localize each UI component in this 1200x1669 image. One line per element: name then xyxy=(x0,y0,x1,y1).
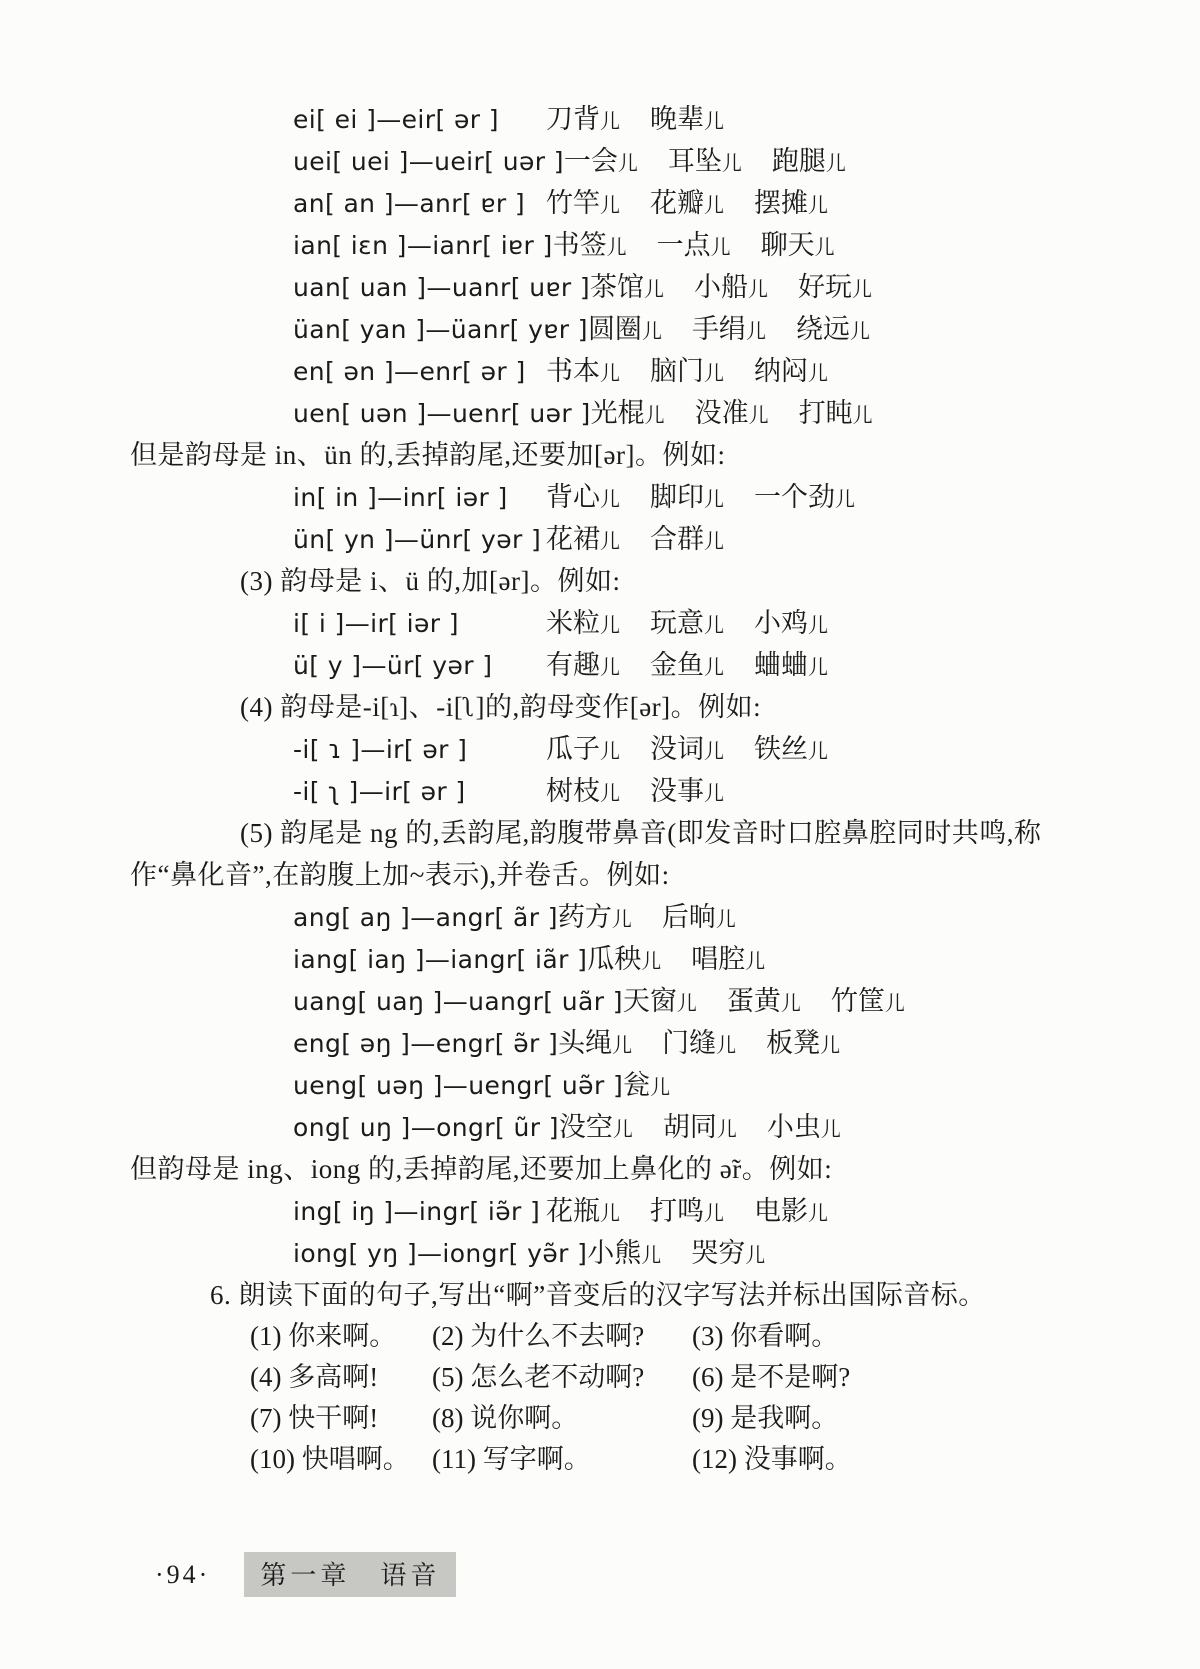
er-suffix: 儿 xyxy=(645,405,665,427)
erhua-rule-row: uan[ uan ]—uanr[ uɐr ] 茶馆儿 小船儿 好玩儿 xyxy=(293,266,1074,308)
exercise-6-heading: 6. 朗读下面的句子,写出“啊”音变后的汉字写法并标出国际音标。 xyxy=(130,1274,1074,1316)
er-suffix: 儿 xyxy=(711,237,731,259)
example-words: 瓮儿 xyxy=(623,1064,670,1109)
pinyin-ipa-formula: eng[ əŋ ]—engr[ ə̃r ] xyxy=(293,1023,558,1065)
erhua-rule-row: ang[ aŋ ]—angr[ ãr ] 药方儿 后晌儿 xyxy=(293,896,1074,938)
exercise-6-items: (1) 你来啊。 (2) 为什么不去啊? (3) 你看啊。 (4) 多高啊! (… xyxy=(250,1316,1074,1480)
pinyin-ipa-formula: uen[ uən ]—uenr[ uər ] xyxy=(293,393,591,435)
example-word: 瓮儿 xyxy=(623,1064,670,1109)
erhua-rule-row: ong[ uŋ ]—ongr[ ũr ] 没空儿 胡同儿 小虫儿 xyxy=(293,1106,1074,1148)
er-suffix: 儿 xyxy=(835,489,855,511)
example-word: 没准儿 xyxy=(695,392,769,437)
example-word: 蛋黄儿 xyxy=(727,980,801,1025)
er-suffix: 儿 xyxy=(885,993,905,1015)
pinyin-ipa-formula: iong[ yŋ ]—iongr[ yə̃r ] xyxy=(293,1233,587,1275)
example-word: 蛐蛐儿 xyxy=(754,644,828,689)
pinyin-ipa-formula: -i[ ʅ ]—ir[ ər ] xyxy=(293,771,546,813)
example-word: 唱腔儿 xyxy=(691,938,765,983)
example-word: 花瓣儿 xyxy=(650,182,724,227)
exercise-item: (11) 写字啊。 xyxy=(432,1439,692,1480)
er-suffix: 儿 xyxy=(618,153,638,175)
example-word: 脚印儿 xyxy=(650,476,724,521)
er-suffix: 儿 xyxy=(641,1245,661,1267)
er-suffix: 儿 xyxy=(612,909,632,931)
pinyin-ipa-formula: uei[ uei ]—ueir[ uər ] xyxy=(293,141,564,183)
pinyin-ipa-formula: ueng[ uəŋ ]—uengr[ uə̃r ] xyxy=(293,1065,623,1107)
example-word: 书签儿 xyxy=(553,224,627,269)
erhua-rule-row: en[ ən ]—enr[ ər ] 书本儿 脑门儿 纳闷儿 xyxy=(293,350,1074,392)
example-words: 树枝儿 没事儿 xyxy=(546,770,724,815)
note-ing-iong: 但韵母是 ing、iong 的,丢掉韵尾,还要加上鼻化的 ə̃r。例如: xyxy=(130,1148,1074,1190)
textbook-page: ei[ ei ]—eir[ ər ] 刀背儿 晚辈儿 uei[ uei ]—ue… xyxy=(0,0,1200,1669)
er-suffix: 儿 xyxy=(808,741,828,763)
example-word: 一会儿 xyxy=(564,140,638,185)
pinyin-ipa-formula: en[ ən ]—enr[ ər ] xyxy=(293,351,546,393)
example-word: 小熊儿 xyxy=(587,1232,661,1277)
erhua-rule-row: ü[ y ]—ür[ yər ] 有趣儿 金鱼儿 蛐蛐儿 xyxy=(293,644,1074,686)
pinyin-ipa-formula: ü[ y ]—ür[ yər ] xyxy=(293,645,546,687)
example-word: 没空儿 xyxy=(559,1106,633,1151)
example-word: 门缝儿 xyxy=(662,1022,736,1067)
example-word: 跑腿儿 xyxy=(772,140,846,185)
example-word: 没词儿 xyxy=(650,728,724,773)
example-word: 小鸡儿 xyxy=(754,602,828,647)
example-words: 瓜子儿 没词儿 铁丝儿 xyxy=(546,728,828,773)
pinyin-ipa-formula: an[ an ]—anr[ ɐr ] xyxy=(293,183,546,225)
pinyin-ipa-formula: ei[ ei ]—eir[ ər ] xyxy=(293,99,546,141)
er-suffix: 儿 xyxy=(704,657,724,679)
example-word: 电影儿 xyxy=(754,1190,828,1235)
example-word: 药方儿 xyxy=(558,896,632,941)
er-suffix: 儿 xyxy=(704,615,724,637)
example-word: 光棍儿 xyxy=(591,392,665,437)
er-suffix: 儿 xyxy=(820,1035,840,1057)
example-word: 米粒儿 xyxy=(546,602,620,647)
erhua-rule-row: iong[ yŋ ]—iongr[ yə̃r ] 小熊儿 哭穷儿 xyxy=(293,1232,1074,1274)
example-word: 金鱼儿 xyxy=(650,644,724,689)
pinyin-ipa-formula: ong[ uŋ ]—ongr[ ũr ] xyxy=(293,1107,559,1149)
example-words: 瓜秧儿 唱腔儿 xyxy=(587,938,765,983)
er-suffix: 儿 xyxy=(677,993,697,1015)
er-suffix: 儿 xyxy=(600,1203,620,1225)
erhua-rule-row: i[ i ]—ir[ iər ] 米粒儿 玩意儿 小鸡儿 xyxy=(293,602,1074,644)
er-suffix: 儿 xyxy=(826,153,846,175)
er-suffix: 儿 xyxy=(745,1245,765,1267)
example-word: 花裙儿 xyxy=(546,518,620,563)
example-word: 花瓶儿 xyxy=(546,1190,620,1235)
example-words: 药方儿 后晌儿 xyxy=(558,896,736,941)
pinyin-ipa-formula: ing[ iŋ ]—ingr[ iə̃r ] xyxy=(293,1191,546,1233)
er-suffix: 儿 xyxy=(722,153,742,175)
erhua-rule-row: ueng[ uəŋ ]—uengr[ uə̃r ] 瓮儿 xyxy=(293,1064,1074,1106)
example-word: 背心儿 xyxy=(546,476,620,521)
example-word: 好玩儿 xyxy=(798,266,872,311)
example-word: 没事儿 xyxy=(650,770,724,815)
exercise-item: (12) 没事啊。 xyxy=(692,1439,1074,1480)
example-word: 圆圈儿 xyxy=(588,308,662,353)
example-words: 没空儿 胡同儿 小虫儿 xyxy=(559,1106,841,1151)
er-suffix: 儿 xyxy=(815,237,835,259)
rule-5-heading: (5) 韵尾是 ng 的,丢韵尾,韵腹带鼻音(即发音时口腔鼻腔同时共鸣,称作“鼻… xyxy=(130,812,1074,896)
er-suffix: 儿 xyxy=(808,657,828,679)
erhua-rule-row: ian[ iɛn ]—ianr[ iɐr ] 书签儿 一点儿 聊天儿 xyxy=(293,224,1074,266)
example-words: 一会儿 耳坠儿 跑腿儿 xyxy=(564,140,846,185)
exercise-item: (6) 是不是啊? xyxy=(692,1357,1074,1398)
example-words: 米粒儿 玩意儿 小鸡儿 xyxy=(546,602,828,647)
example-word: 脑门儿 xyxy=(650,350,724,395)
pinyin-ipa-formula: ang[ aŋ ]—angr[ ãr ] xyxy=(293,897,558,939)
erhua-rule-row: eng[ əŋ ]—engr[ ə̃r ] 头绳儿 门缝儿 板凳儿 xyxy=(293,1022,1074,1064)
er-suffix: 儿 xyxy=(746,321,766,343)
example-words: 圆圈儿 手绢儿 绕远儿 xyxy=(588,308,870,353)
pinyin-ipa-formula: ian[ iɛn ]—ianr[ iɐr ] xyxy=(293,225,553,267)
page-footer: ·94· 第一章 语音 xyxy=(155,1552,456,1597)
page-content: ei[ ei ]—eir[ ər ] 刀背儿 晚辈儿 uei[ uei ]—ue… xyxy=(130,98,1074,1480)
example-words: 花裙儿 合群儿 xyxy=(546,518,724,563)
er-suffix: 儿 xyxy=(600,531,620,553)
example-word: 晚辈儿 xyxy=(650,98,724,143)
pinyin-ipa-formula: iang[ iaŋ ]—iangr[ iãr ] xyxy=(293,939,587,981)
example-word: 手绢儿 xyxy=(692,308,766,353)
example-word: 竹筐儿 xyxy=(831,980,905,1025)
er-suffix: 儿 xyxy=(717,1119,737,1141)
example-word: 铁丝儿 xyxy=(754,728,828,773)
er-suffix: 儿 xyxy=(745,951,765,973)
example-word: 玩意儿 xyxy=(650,602,724,647)
er-suffix: 儿 xyxy=(748,279,768,301)
example-word: 合群儿 xyxy=(650,518,724,563)
example-word: 书本儿 xyxy=(546,350,620,395)
example-words: 小熊儿 哭穷儿 xyxy=(587,1232,765,1277)
erhua-rule-row: uang[ uaŋ ]—uangr[ uãr ] 天窗儿 蛋黄儿 竹筐儿 xyxy=(293,980,1074,1022)
er-suffix: 儿 xyxy=(644,279,664,301)
er-suffix: 儿 xyxy=(612,1035,632,1057)
chapter-title: 第一章 语音 xyxy=(244,1552,456,1597)
pinyin-ipa-formula: ün[ yn ]—ünr[ yər ] xyxy=(293,519,546,561)
exercise-item: (7) 快干啊! xyxy=(250,1398,432,1439)
pinyin-ipa-formula: üan[ yan ]—üanr[ yɐr ] xyxy=(293,309,588,351)
example-word: 茶馆儿 xyxy=(590,266,664,311)
example-word: 瓜秧儿 xyxy=(587,938,661,983)
er-suffix: 儿 xyxy=(781,993,801,1015)
er-suffix: 儿 xyxy=(808,363,828,385)
er-suffix: 儿 xyxy=(704,783,724,805)
er-suffix: 儿 xyxy=(749,405,769,427)
example-word: 一点儿 xyxy=(657,224,731,269)
er-suffix: 儿 xyxy=(600,195,620,217)
er-suffix: 儿 xyxy=(704,195,724,217)
exercise-item: (8) 说你啊。 xyxy=(432,1398,692,1439)
er-suffix: 儿 xyxy=(704,111,724,133)
exercise-item: (4) 多高啊! xyxy=(250,1357,432,1398)
erhua-rule-row: iang[ iaŋ ]—iangr[ iãr ] 瓜秧儿 唱腔儿 xyxy=(293,938,1074,980)
erhua-rule-row: -i[ ʅ ]—ir[ ər ] 树枝儿 没事儿 xyxy=(293,770,1074,812)
er-suffix: 儿 xyxy=(600,657,620,679)
example-words: 天窗儿 蛋黄儿 竹筐儿 xyxy=(623,980,905,1025)
er-suffix: 儿 xyxy=(853,405,873,427)
example-word: 打鸣儿 xyxy=(650,1190,724,1235)
exercise-item: (9) 是我啊。 xyxy=(692,1398,1074,1439)
example-words: 光棍儿 没准儿 打盹儿 xyxy=(591,392,873,437)
exercise-item: (5) 怎么老不动啊? xyxy=(432,1357,692,1398)
pinyin-ipa-formula: i[ i ]—ir[ iər ] xyxy=(293,603,546,645)
example-word: 耳坠儿 xyxy=(668,140,742,185)
erhua-rule-row: ün[ yn ]—ünr[ yər ] 花裙儿 合群儿 xyxy=(293,518,1074,560)
pinyin-ipa-formula: uan[ uan ]—uanr[ uɐr ] xyxy=(293,267,590,309)
er-suffix: 儿 xyxy=(600,741,620,763)
er-suffix: 儿 xyxy=(600,111,620,133)
example-words: 刀背儿 晚辈儿 xyxy=(546,98,724,143)
er-suffix: 儿 xyxy=(600,489,620,511)
example-word: 板凳儿 xyxy=(766,1022,840,1067)
er-suffix: 儿 xyxy=(852,279,872,301)
er-suffix: 儿 xyxy=(808,1203,828,1225)
er-suffix: 儿 xyxy=(704,531,724,553)
example-word: 有趣儿 xyxy=(546,644,620,689)
example-word: 聊天儿 xyxy=(761,224,835,269)
example-word: 竹竿儿 xyxy=(546,182,620,227)
example-word: 打盹儿 xyxy=(799,392,873,437)
example-words: 有趣儿 金鱼儿 蛐蛐儿 xyxy=(546,644,828,689)
example-words: 书本儿 脑门儿 纳闷儿 xyxy=(546,350,828,395)
erhua-rule-row: an[ an ]—anr[ ɐr ] 竹竿儿 花瓣儿 摆摊儿 xyxy=(293,182,1074,224)
er-suffix: 儿 xyxy=(716,909,736,931)
erhua-rule-row: uei[ uei ]—ueir[ uər ] 一会儿 耳坠儿 跑腿儿 xyxy=(293,140,1074,182)
exercise-item: (2) 为什么不去啊? xyxy=(432,1316,692,1357)
pinyin-ipa-formula: uang[ uaŋ ]—uangr[ uãr ] xyxy=(293,981,623,1023)
example-word: 绕远儿 xyxy=(796,308,870,353)
er-suffix: 儿 xyxy=(607,237,627,259)
example-word: 头绳儿 xyxy=(558,1022,632,1067)
example-word: 胡同儿 xyxy=(663,1106,737,1151)
example-word: 瓜子儿 xyxy=(546,728,620,773)
erhua-rule-row: -i[ ɿ ]—ir[ ər ] 瓜子儿 没词儿 铁丝儿 xyxy=(293,728,1074,770)
er-suffix: 儿 xyxy=(600,363,620,385)
er-suffix: 儿 xyxy=(850,321,870,343)
er-suffix: 儿 xyxy=(808,615,828,637)
example-words: 书签儿 一点儿 聊天儿 xyxy=(553,224,835,269)
er-suffix: 儿 xyxy=(704,489,724,511)
er-suffix: 儿 xyxy=(642,321,662,343)
erhua-rule-row: ei[ ei ]—eir[ ər ] 刀背儿 晚辈儿 xyxy=(293,98,1074,140)
rule-4-heading: (4) 韵母是-i[ɿ]、-i[ʅ]的,韵母变作[ər]。例如: xyxy=(130,686,1074,728)
example-words: 茶馆儿 小船儿 好玩儿 xyxy=(590,266,872,311)
er-suffix: 儿 xyxy=(704,741,724,763)
er-suffix: 儿 xyxy=(641,951,661,973)
pinyin-ipa-formula: -i[ ɿ ]—ir[ ər ] xyxy=(293,729,546,771)
erhua-rule-row: uen[ uən ]—uenr[ uər ] 光棍儿 没准儿 打盹儿 xyxy=(293,392,1074,434)
er-suffix: 儿 xyxy=(716,1035,736,1057)
er-suffix: 儿 xyxy=(704,363,724,385)
example-word: 树枝儿 xyxy=(546,770,620,815)
example-word: 哭穷儿 xyxy=(691,1232,765,1277)
rule-3-heading: (3) 韵母是 i、ü 的,加[ər]。例如: xyxy=(130,560,1074,602)
example-word: 一个劲儿 xyxy=(754,476,855,521)
example-word: 后晌儿 xyxy=(662,896,736,941)
example-words: 竹竿儿 花瓣儿 摆摊儿 xyxy=(546,182,828,227)
er-suffix: 儿 xyxy=(600,783,620,805)
erhua-rule-row: üan[ yan ]—üanr[ yɐr ] 圆圈儿 手绢儿 绕远儿 xyxy=(293,308,1074,350)
example-word: 小虫儿 xyxy=(767,1106,841,1151)
erhua-rule-row: ing[ iŋ ]—ingr[ iə̃r ] 花瓶儿 打鸣儿 电影儿 xyxy=(293,1190,1074,1232)
er-suffix: 儿 xyxy=(613,1119,633,1141)
erhua-rule-row: in[ in ]—inr[ iər ] 背心儿 脚印儿 一个劲儿 xyxy=(293,476,1074,518)
er-suffix: 儿 xyxy=(808,195,828,217)
note-in-un: 但是韵母是 in、ün 的,丢掉韵尾,还要加[ər]。例如: xyxy=(130,434,1074,476)
er-suffix: 儿 xyxy=(821,1119,841,1141)
example-words: 头绳儿 门缝儿 板凳儿 xyxy=(558,1022,840,1067)
er-suffix: 儿 xyxy=(704,1203,724,1225)
example-word: 天窗儿 xyxy=(623,980,697,1025)
example-word: 刀背儿 xyxy=(546,98,620,143)
er-suffix: 儿 xyxy=(600,615,620,637)
exercise-item: (1) 你来啊。 xyxy=(250,1316,432,1357)
example-words: 花瓶儿 打鸣儿 电影儿 xyxy=(546,1190,828,1235)
page-number: ·94· xyxy=(155,1560,210,1590)
example-word: 摆摊儿 xyxy=(754,182,828,227)
pinyin-ipa-formula: in[ in ]—inr[ iər ] xyxy=(293,477,546,519)
example-word: 纳闷儿 xyxy=(754,350,828,395)
er-suffix: 儿 xyxy=(650,1077,670,1099)
exercise-item: (3) 你看啊。 xyxy=(692,1316,1074,1357)
example-word: 小船儿 xyxy=(694,266,768,311)
example-words: 背心儿 脚印儿 一个劲儿 xyxy=(546,476,855,521)
exercise-item: (10) 快唱啊。 xyxy=(250,1439,432,1480)
